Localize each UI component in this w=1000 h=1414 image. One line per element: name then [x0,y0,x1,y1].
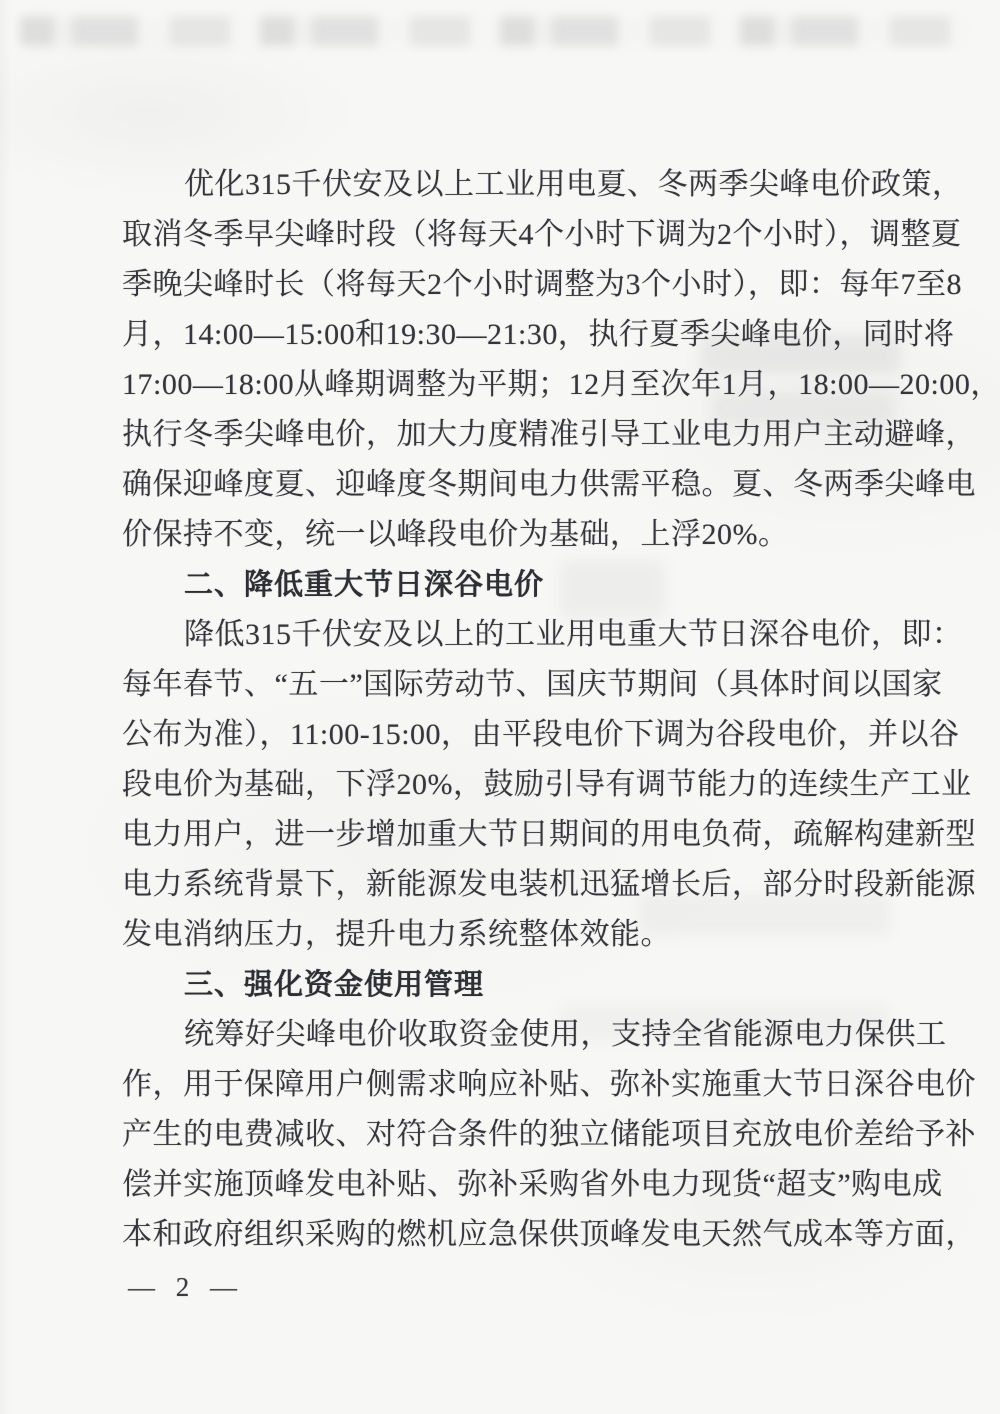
text-line: 季晚尖峰时长（将每天2个小时调整为3个小时），即：每年7至8 [122,260,882,310]
text-line: 产生的电费减收、对符合条件的独立储能项目充放电价差给予补 [122,1110,882,1160]
page-number: — 2 — [128,1272,244,1303]
text-line: 17:00—18:00从峰期调整为平期；12月至次年1月，18:00—20:00… [122,360,882,410]
text-line: 作，用于保障用户侧需求响应补贴、弥补实施重大节日深谷电价 [122,1060,882,1110]
text-line: 电力用户，进一步增加重大节日期间的用电负荷，疏解构建新型 [122,810,882,860]
text-line: 发电消纳压力，提升电力系统整体效能。 [122,910,882,960]
text-line: 价保持不变，统一以峰段电价为基础，上浮20%。 [122,510,882,560]
text-line: 电力系统背景下，新能源发电装机迅猛增长后，部分时段新能源 [122,860,882,910]
section-heading: 二、降低重大节日深谷电价 [122,560,882,610]
text-line: 每年春节、“五一”国际劳动节、国庆节期间（具体时间以国家 [122,660,882,710]
text-line: 取消冬季早尖峰时段（将每天4个小时下调为2个小时），调整夏 [122,210,882,260]
top-bleedthrough-smudge [20,16,970,46]
text-line: 统筹好尖峰电价收取资金使用，支持全省能源电力保供工 [122,1010,882,1060]
text-line: 确保迎峰度夏、迎峰度冬期间电力供需平稳。夏、冬两季尖峰电 [122,460,882,510]
text-line: 公布为准），11:00-15:00，由平段电价下调为谷段电价，并以谷 [122,710,882,760]
text-line: 本和政府组织采购的燃机应急保供顶峰发电天然气成本等方面， [122,1210,882,1260]
section-heading: 三、强化资金使用管理 [122,960,882,1010]
text-line: 执行冬季尖峰电价，加大力度精准引导工业电力用户主动避峰， [122,410,882,460]
document-body: 优化315千伏安及以上工业用电夏、冬两季尖峰电价政策，取消冬季早尖峰时段（将每天… [122,160,882,1260]
text-line: 降低315千伏安及以上的工业用电重大节日深谷电价，即： [122,610,882,660]
text-line: 段电价为基础，下浮20%，鼓励引导有调节能力的连续生产工业 [122,760,882,810]
text-line: 偿并实施顶峰发电补贴、弥补采购省外电力现货“超支”购电成 [122,1160,882,1210]
text-line: 优化315千伏安及以上工业用电夏、冬两季尖峰电价政策， [122,160,882,210]
text-line: 月，14:00—15:00和19:30—21:30，执行夏季尖峰电价，同时将 [122,310,882,360]
